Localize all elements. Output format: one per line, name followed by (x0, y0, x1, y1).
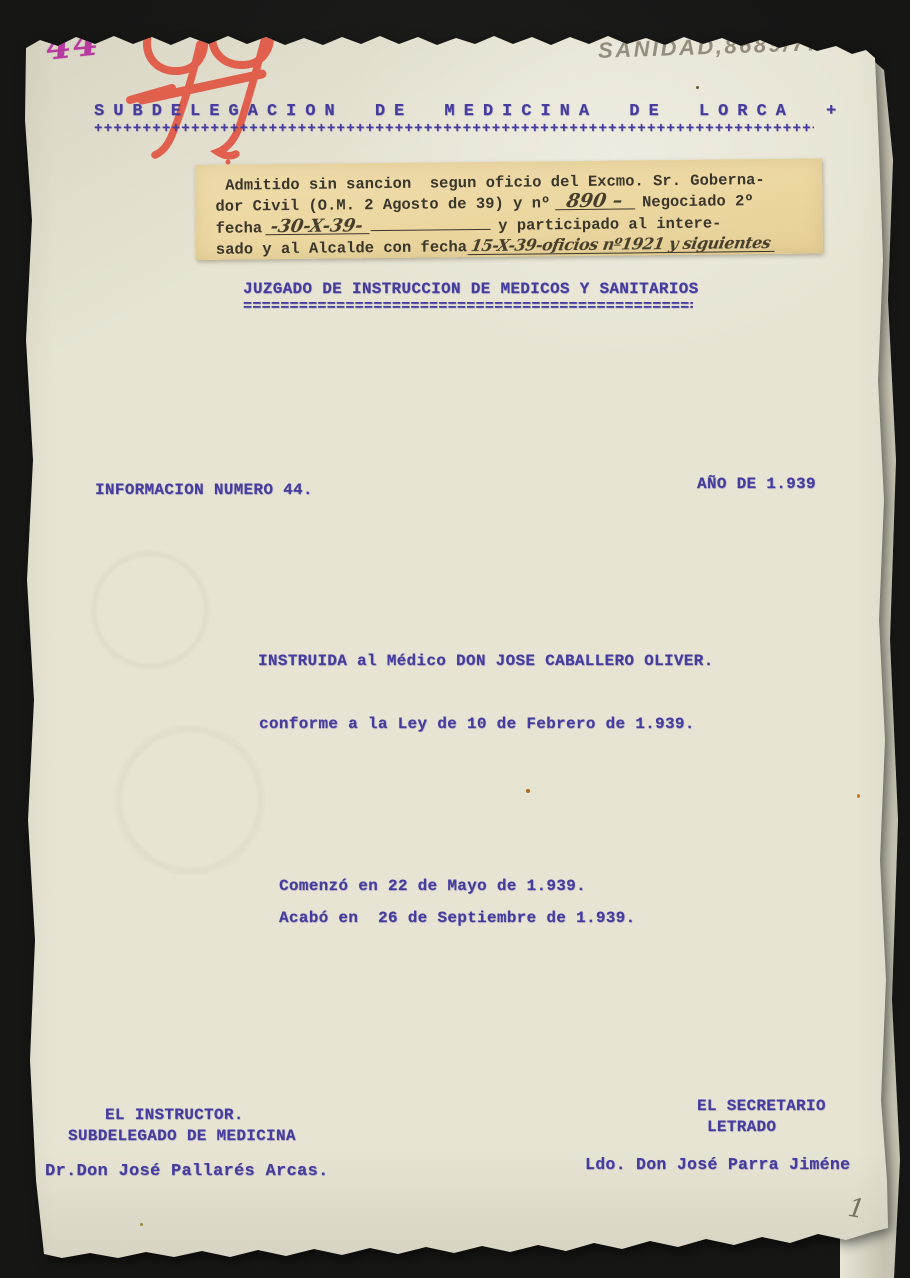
court-underline: ========================================… (243, 298, 693, 315)
instructor-role-line2: SUBDELEGADO DE MEDICINA (68, 1127, 296, 1145)
instructor-role-line1: EL INSTRUCTOR. (105, 1106, 244, 1124)
document-page: 44 SANIDAD,8689/77 SUBDELEGACION DE MEDI… (0, 0, 910, 1278)
letterhead-underline: ++++++++++++++++++++++++++++++++++++++++… (94, 121, 814, 137)
stamp-blank-rule (370, 215, 490, 231)
paper-speck (696, 86, 699, 89)
paper-speck (140, 1223, 143, 1226)
paper-sheet: 44 SANIDAD,8689/77 SUBDELEGACION DE MEDI… (0, 0, 910, 1278)
page-number: 1 (846, 1193, 867, 1225)
stamp-number-handwritten: 890 – (555, 193, 637, 210)
paper-speck (857, 794, 860, 798)
year-label: AÑO DE 1.939 (697, 475, 816, 493)
letterhead-title: SUBDELEGACION DE MEDICINA DE LORCA + (94, 102, 845, 121)
case-end-date: Acabó en 26 de Septiembre de 1.939. (279, 909, 635, 927)
secretary-name: Ldo. Don José Parra Jiméne (585, 1155, 850, 1174)
secretary-role-line2: LETRADO (707, 1118, 776, 1136)
stamp-line-4-typed: sado y al Alcalde con fecha (216, 237, 467, 261)
paper-speck (526, 789, 530, 793)
archive-reference: SANIDAD,8689/77 (598, 30, 822, 64)
secretary-role-line1: EL SECRETARIO (697, 1097, 826, 1115)
case-law-line: conforme a la Ley de 10 de Febrero de 1.… (259, 715, 695, 733)
case-subject-line: INSTRUIDA al Médico DON JOSE CABALLERO O… (258, 652, 713, 670)
stamp-notice-handwritten: 15-X-39-oficios nº1921 y siguientes (468, 236, 778, 255)
stamp-line-2-typed-a: dor Civil (O.M. 2 Agosto de 39) y nº (215, 193, 550, 218)
paper-watermark (70, 500, 290, 920)
stamp-line-2-typed-b: Negociado 2º (642, 191, 754, 213)
stamp-line-3-typed-a: fecha (216, 218, 263, 239)
admission-stamp-slip: Admitido sin sancion segun oficio del Ex… (195, 158, 823, 260)
corner-number: 44 (44, 21, 102, 68)
court-title: JUZGADO DE INSTRUCCION DE MEDICOS Y SANI… (243, 280, 698, 298)
scan-background: 44 SANIDAD,8689/77 SUBDELEGACION DE MEDI… (0, 0, 910, 1278)
case-number-label: INFORMACION NUMERO 44. (95, 481, 313, 499)
instructor-name: Dr.Don José Pallarés Arcas. (45, 1162, 329, 1181)
stamp-date-handwritten: -30-X-39- (265, 218, 372, 235)
red-crossed-number-77 (120, 15, 290, 167)
case-start-date: Comenzó en 22 de Mayo de 1.939. (279, 877, 586, 895)
